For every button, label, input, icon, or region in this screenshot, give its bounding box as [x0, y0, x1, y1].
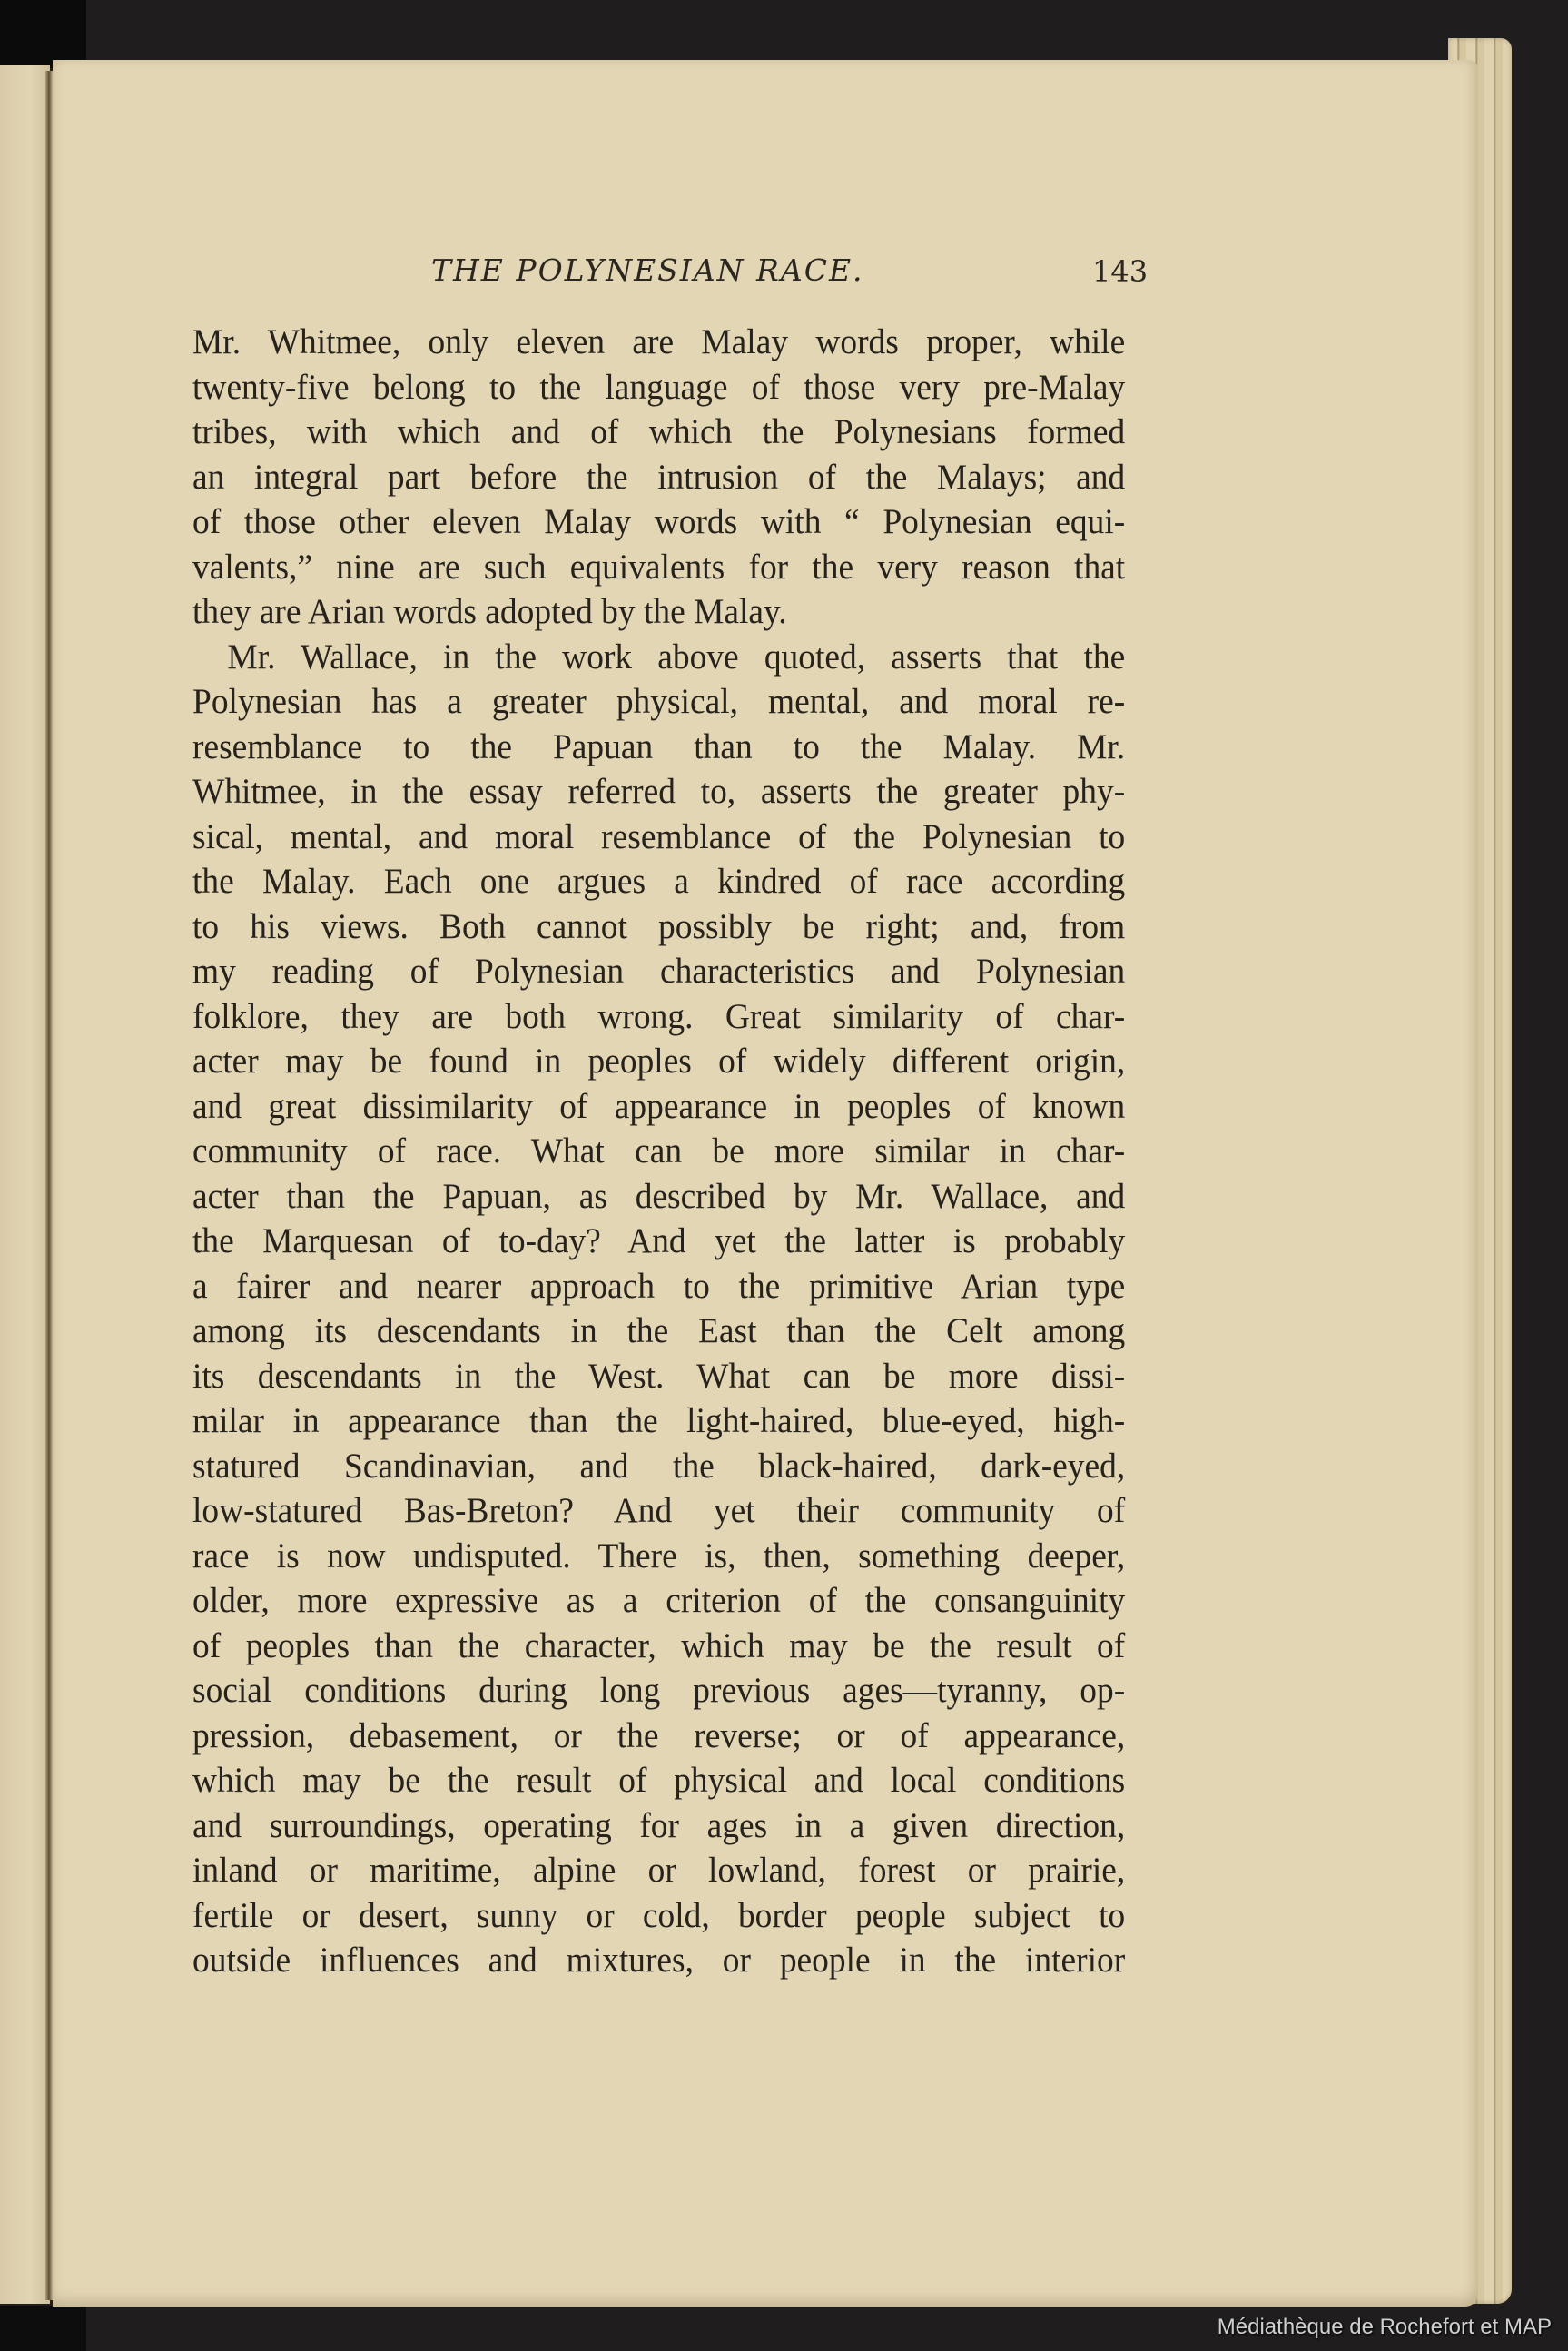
text-line: the Malay. Each one argues a kindred of … — [192, 859, 1125, 904]
body-text: Mr. Whitmee, only eleven are Malay words… — [192, 320, 1164, 1983]
text-line: fertile or desert, sunny or cold, border… — [192, 1893, 1125, 1939]
text-line: an integral part before the intrusion of… — [192, 455, 1125, 500]
text-line: Polynesian has a greater physical, menta… — [192, 679, 1125, 725]
text-line: statured Scandinavian, and the black-hai… — [192, 1444, 1125, 1489]
scan-background — [0, 2306, 86, 2351]
text-line: community of race. What can be more simi… — [192, 1129, 1125, 1174]
watermark-credit: Médiathèque de Rochefort et MAP — [1218, 2315, 1552, 2340]
text-line: my reading of Polynesian characteristics… — [192, 949, 1125, 994]
text-line: twenty-five belong to the language of th… — [192, 365, 1125, 410]
text-line: which may be the result of physical and … — [192, 1758, 1125, 1803]
text-line: older, more expressive as a criterion of… — [192, 1578, 1125, 1624]
running-header: THE POLYNESIAN RACE. 143 — [0, 252, 1568, 298]
text-line: sical, mental, and moral resemblance of … — [192, 815, 1125, 860]
text-line: inland or maritime, alpine or lowland, f… — [192, 1848, 1125, 1893]
text-line: social conditions during long previous a… — [192, 1668, 1125, 1714]
text-line: of peoples than the character, which may… — [192, 1624, 1125, 1669]
text-line: folklore, they are both wrong. Great sim… — [192, 994, 1125, 1040]
book-gutter — [45, 71, 53, 2300]
text-line: its descendants in the West. What can be… — [192, 1354, 1125, 1399]
text-line: Mr. Wallace, in the work above quoted, a… — [192, 635, 1125, 680]
text-line: among its descendants in the East than t… — [192, 1309, 1125, 1354]
text-line: and great dissimilarity of appearance in… — [192, 1084, 1125, 1130]
text-line: to his views. Both cannot possibly be ri… — [192, 904, 1125, 950]
text-line: Mr. Whitmee, only eleven are Malay words… — [192, 320, 1125, 365]
text-line: resemblance to the Papuan than to the Ma… — [192, 725, 1125, 770]
text-line: tribes, with which and of which the Poly… — [192, 410, 1125, 455]
text-line: outside influences and mixtures, or peop… — [192, 1938, 1125, 1983]
text-line: the Marquesan of to-day? And yet the lat… — [192, 1219, 1125, 1264]
text-line: and surroundings, operating for ages in … — [192, 1803, 1125, 1849]
running-title: THE POLYNESIAN RACE. — [431, 252, 864, 288]
text-line: a fairer and nearer approach to the prim… — [192, 1264, 1125, 1309]
text-line: milar in appearance than the light-haire… — [192, 1398, 1125, 1444]
facing-page-edge — [0, 65, 50, 2304]
text-line: pression, debasement, or the reverse; or… — [192, 1714, 1125, 1759]
text-line: of those other eleven Malay words with “… — [192, 499, 1125, 545]
scan-background — [0, 0, 86, 68]
text-line: low-statured Bas-Breton? And yet their c… — [192, 1488, 1125, 1534]
text-line: acter than the Papuan, as described by M… — [192, 1174, 1125, 1220]
text-line: Whitmee, in the essay referred to, asser… — [192, 769, 1125, 815]
text-line: they are Arian words adopted by the Mala… — [192, 589, 1125, 635]
page-number: 143 — [1092, 254, 1148, 289]
text-line: acter may be found in peoples of widely … — [192, 1039, 1125, 1084]
text-line: race is now undisputed. There is, then, … — [192, 1534, 1125, 1579]
text-line: valents,” nine are such equivalents for … — [192, 545, 1125, 590]
